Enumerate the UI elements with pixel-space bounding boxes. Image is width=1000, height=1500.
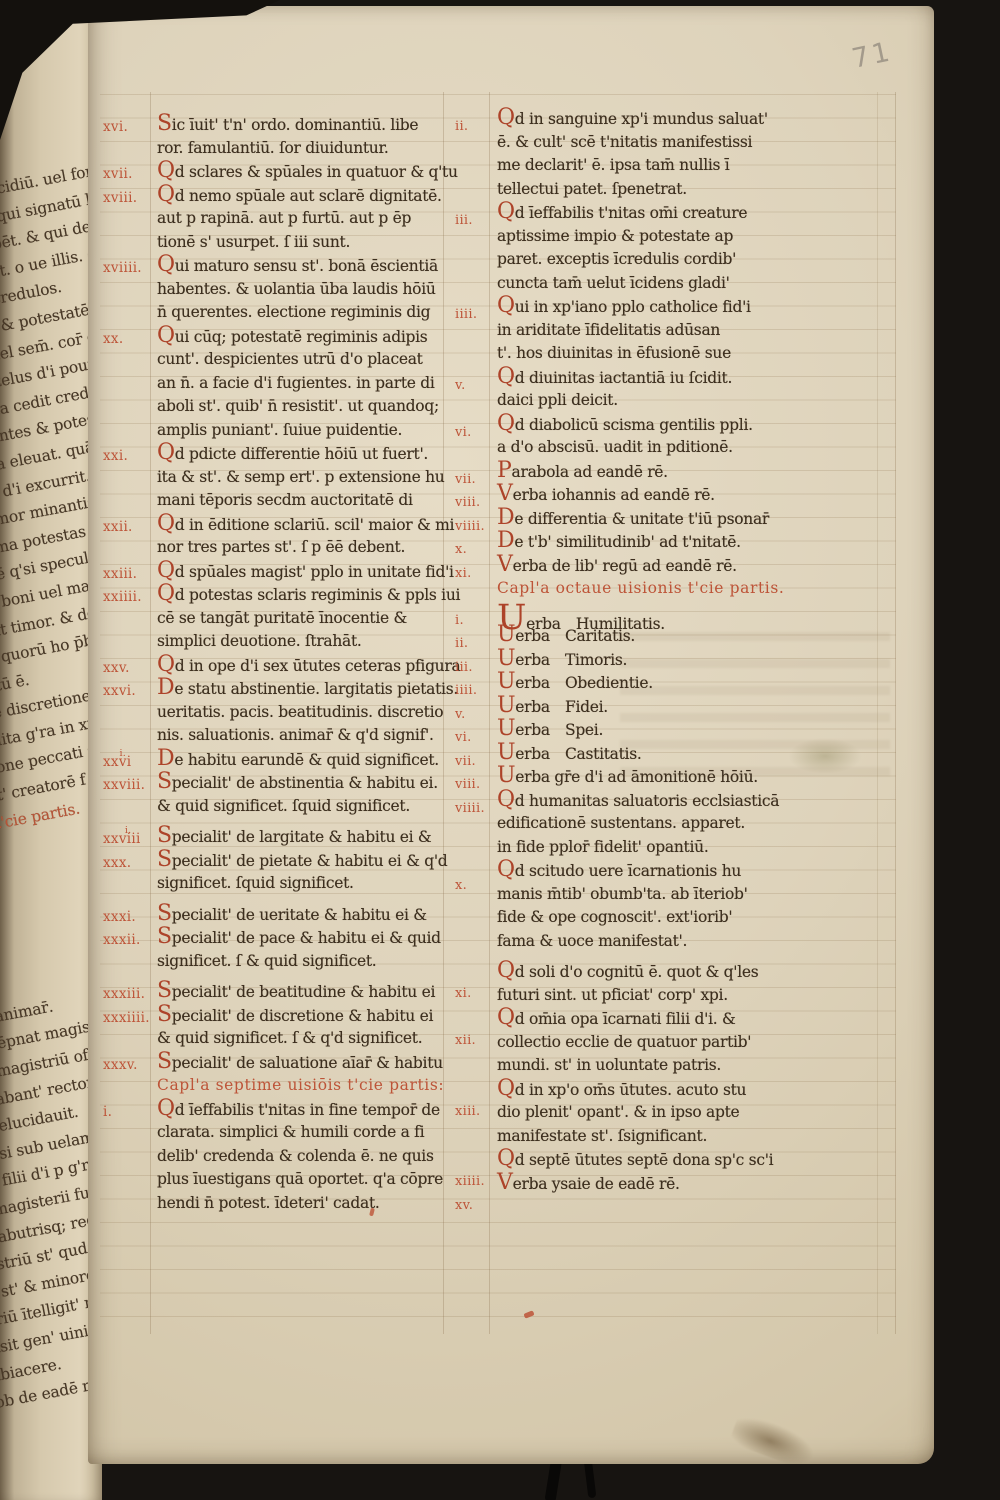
- text-line: in ariditate īfidelitatis adūsan: [497, 319, 827, 343]
- text-line: Qd pdicte differentie hōiū ut fuert'.: [157, 442, 445, 466]
- text-line: delib' credenda & colenda ē. ne quis: [157, 1145, 445, 1169]
- capitulum-entry: Qd īeffabilis t'nitas om̄i creatureaptis…: [497, 201, 827, 295]
- chapter-numeral: xx.: [103, 328, 123, 352]
- text-line: cunt'. despicientes utrū d'o placeat: [157, 348, 445, 372]
- text-line: mundi. st' in uoluntate patris.: [497, 1054, 827, 1078]
- initial-letter: U: [497, 763, 515, 788]
- chapter-numeral: xxiiii.: [103, 586, 142, 610]
- right-column: Qd in sanguine xp'i mundus saluat'ē. & c…: [497, 107, 827, 1195]
- text-line: & quid significet. ſquid significet.viii…: [157, 795, 445, 819]
- text-line: Qd om̄ia opa īcarnati filii d'i. &: [497, 1007, 827, 1031]
- text-line: futuri sint. ut pficiat' corp' xpi.: [497, 984, 827, 1008]
- chapter-numeral: xxi.: [103, 445, 128, 469]
- capitulum-entry: xxxi.Specialit' de ueritate & habitu ei …: [157, 903, 445, 927]
- text-line: manis m̄tib' obumb'ta. ab īteriob': [497, 883, 827, 907]
- text-line: tellectui patet. ſpenetrat.: [497, 178, 827, 202]
- initial-letter: D: [497, 528, 514, 553]
- initial-letter: Q: [497, 411, 515, 436]
- capitulum-entry: Uerba Castitatis.: [497, 742, 827, 766]
- capitulum-entry: De differentia & unitate t'iū psonar̄: [497, 507, 827, 531]
- text-line: nis. saluationis. animar̄ & q'd signif'.…: [157, 724, 445, 748]
- text-line: dio plenit' opant'. & in ipso apte: [497, 1101, 827, 1125]
- text-line: simplici deuotione. ſtrahāt.ii.: [157, 630, 445, 654]
- margin-reference-numeral: ii.: [455, 632, 468, 656]
- text-line: Qd in sanguine xp'i mundus saluat': [497, 107, 827, 131]
- text-line: De t'b' similitudinib' ad t'nitatē.: [497, 530, 827, 554]
- initial-letter: Q: [157, 182, 175, 207]
- text-line: mani tēporis secdm auctoritatē diviii.: [157, 489, 445, 513]
- margin-reference-numeral: vi.: [455, 421, 472, 445]
- text-line: Qd nemo spūale aut sclarē dignitatē.: [157, 184, 445, 208]
- capitulum-entry: xxii.Qd in ēditione sclariū. scil' maior…: [157, 513, 445, 560]
- capitulum-entry: Qd diuinitas iactantiā iu ſcidit.daici p…: [497, 366, 827, 413]
- capitulum-entry: Uerba Humilitatis.: [497, 601, 827, 625]
- left-column: xvi.Sic īuit' t'n' ordo. dominantiū. lib…: [157, 113, 445, 1215]
- capitulum-entry: xxiii.Qd spūales magist' pplo in unitate…: [157, 560, 445, 584]
- text-line: Qd īeffabilis t'nitas om̄i creature: [497, 201, 827, 225]
- initial-letter: Q: [157, 252, 175, 277]
- capitulum-entry: Uerba Timoris.: [497, 648, 827, 672]
- text-line: Qd diuinitas iactantiā iu ſcidit.: [497, 366, 827, 390]
- initial-letter: U: [497, 669, 515, 694]
- manuscript-photo: homicidiū. uel formt'. & qui signatū lap…: [0, 0, 1000, 1500]
- capitulum-entry: xxviii.Specialit' de abstinentia & habit…: [157, 771, 445, 818]
- initial-letter: S: [157, 1049, 172, 1074]
- capitulum-entry: Qd septē ūtutes septē dona sp'c sc'i: [497, 1148, 827, 1172]
- capitulum-entry: Uerba Obedientie.: [497, 671, 827, 695]
- text-line: significet. ſ & quid significet.: [157, 950, 445, 974]
- margin-reference-numeral: xv.: [455, 1194, 473, 1218]
- capitulum-entry: Uerba Spei.: [497, 718, 827, 742]
- initial-letter: U: [497, 646, 515, 671]
- chapter-numeral: xxxi.: [103, 906, 136, 930]
- chapter-numeral: xxv.: [103, 657, 130, 681]
- initial-letter: Q: [497, 1146, 515, 1171]
- chapter-numeral: xxxiii.: [103, 983, 145, 1007]
- initial-letter: V: [497, 552, 513, 577]
- initial-letter: Q: [497, 364, 515, 389]
- text-line: Qui maturo sensu st'. bonā ēscientiā: [157, 254, 445, 278]
- margin-reference-numeral: x.: [455, 538, 467, 562]
- text-line: Specialit' de saluatione aīar̄ & habitu: [157, 1051, 445, 1075]
- text-line: edificationē sustentans. apparet.: [497, 812, 827, 836]
- margin-reference-numeral: iiii.: [455, 679, 477, 703]
- chapter-numeral: xxxii.: [103, 929, 141, 953]
- initial-letter: D: [157, 675, 174, 700]
- capitulum-entry: xviii.Qd nemo spūale aut sclarē dignitat…: [157, 184, 445, 255]
- text-line: Uerba Castitatis.: [497, 742, 827, 766]
- margin-reference-numeral: viiii.: [455, 515, 485, 539]
- text-line: Uerba gr̄e d'i ad āmonitionē hōiū.: [497, 765, 827, 789]
- capitulum-entry: xviiii.Qui maturo sensu st'. bonā ēscien…: [157, 254, 445, 325]
- chapter-numeral: xxvii.: [103, 751, 131, 775]
- text-line: Qd humanitas saluatoris ecclsiasticā: [497, 789, 827, 813]
- text-line: fama & uoce manifestat'.: [497, 930, 827, 954]
- text-line: Uerba Timoris.: [497, 648, 827, 672]
- capitulum-entry: xx.Qui cūq; potestatē regiminis adipiscu…: [157, 325, 445, 443]
- text-line: De habitu earundē & quid significet.vii.: [157, 748, 445, 772]
- text-line: fide & ope cognoscit'. ext'iorib': [497, 906, 827, 930]
- capitulum-entry: xxxii.Specialit' de pace & habitu ei & q…: [157, 926, 445, 973]
- initial-letter: S: [157, 924, 172, 949]
- chapter-numeral: xxii.: [103, 516, 133, 540]
- capitulum-entry: Qd in sanguine xp'i mundus saluat'ē. & c…: [497, 107, 827, 201]
- margin-reference-numeral: i.: [455, 609, 464, 633]
- margin-reference-numeral: x.: [455, 874, 467, 898]
- capitulum-entry: xxxv.Specialit' de saluatione aīar̄ & ha…: [157, 1051, 445, 1075]
- text-line: ueritatis. pacis. beatitudinis. discreti…: [157, 701, 445, 725]
- text-line: Qd diabolicū scisma gentilis ppli.: [497, 413, 827, 437]
- capitulum-entry: Parabola ad eandē rē.: [497, 460, 827, 484]
- text-line: Uerba Fidei.: [497, 695, 827, 719]
- initial-letter: V: [497, 481, 513, 506]
- chapter-numeral: xxviii.: [103, 774, 145, 798]
- initial-letter: Q: [157, 158, 175, 183]
- margin-reference-numeral: vii.: [455, 750, 476, 774]
- text-line: Qui in xp'iano pplo catholice fid'i: [497, 295, 827, 319]
- capitulum-entry: xxviiii.Specialit' de largitate & habitu…: [157, 825, 445, 849]
- text-line: Specialit' de pietate & habitu ei & q'd: [157, 849, 445, 873]
- margin-reference-numeral: iiii.: [455, 303, 477, 327]
- text-line: an n̄. a facie d'i fugientes. in parte d…: [157, 372, 445, 396]
- text-line: Qd scitudo uere īcarnationis hu: [497, 859, 827, 883]
- text-line: Qd in ēditione sclariū. scil' maior & mi…: [157, 513, 445, 537]
- capitulum-entry: Verba iohannis ad eandē rē.: [497, 483, 827, 507]
- initial-letter: Q: [497, 787, 515, 812]
- text-line: Uerba Humilitatis.: [497, 601, 827, 625]
- capitulum-entry: xvii.Qd sclares & spūales in quatuor & q…: [157, 160, 445, 184]
- margin-reference-numeral: xiii.: [455, 1100, 480, 1124]
- text-line: paret. exceptis īcredulis cordib': [497, 248, 827, 272]
- text-line: De statu abstinentie. largitatis pietati…: [157, 677, 445, 701]
- capitulum-entry: xxiiii.Qd potestas sclaris regiminis & p…: [157, 583, 445, 654]
- rubric-line: Capl'a octaue uisionis t'cie partis.: [497, 577, 827, 601]
- text-line: Qd in xp'o om̄s ūtutes. acuto stu: [497, 1078, 827, 1102]
- chapter-numeral: xxx.: [103, 852, 131, 876]
- chapter-numeral-superscript: i.: [119, 742, 126, 766]
- margin-reference-numeral: xii.: [455, 1029, 476, 1053]
- initial-letter: S: [157, 978, 172, 1003]
- initial-letter: Q: [497, 199, 515, 224]
- margin-reference-numeral: viii.: [455, 491, 480, 515]
- initial-letter: Q: [497, 857, 515, 882]
- text-line: Qd septē ūtutes septē dona sp'c sc'i: [497, 1148, 827, 1172]
- text-line: aut p rapinā. aut p furtū. aut p ēpiii.: [157, 207, 445, 231]
- initial-letter: Q: [157, 511, 175, 536]
- margin-reference-numeral: viiii.: [455, 797, 485, 821]
- capitulum-entry: Qd diabolicū scisma gentilis ppli.a d'o …: [497, 413, 827, 460]
- initial-letter: Q: [157, 1096, 175, 1121]
- margin-reference-numeral: xiiii.: [455, 1170, 485, 1194]
- text-line: Uerba Caritatis.: [497, 624, 827, 648]
- capitulum-entry: Qd in xp'o om̄s ūtutes. acuto studio ple…: [497, 1078, 827, 1149]
- initial-letter: Q: [157, 558, 175, 583]
- rubric-line: Capl'a septime uisiōis t'cie partis:: [157, 1074, 445, 1098]
- initial-letter: S: [157, 847, 172, 872]
- capitulum-entry: xxi.Qd pdicte differentie hōiū ut fuert'…: [157, 442, 445, 513]
- text-line: tionē s' usurpet. ſ iii sunt.: [157, 231, 445, 255]
- initial-letter: Q: [497, 293, 515, 318]
- initial-letter: U: [497, 740, 515, 765]
- text-line: Verba ysaie de eadē rē.: [497, 1172, 827, 1196]
- margin-reference-numeral: iii.: [455, 656, 473, 680]
- capitulum-entry: xxvi.De statu abstinentie. largitatis pi…: [157, 677, 445, 748]
- initial-letter: S: [157, 901, 172, 926]
- initial-letter: S: [157, 111, 172, 136]
- text-line: Specialit' de pace & habitu ei & quid: [157, 926, 445, 950]
- text-line: Parabola ad eandē rē.: [497, 460, 827, 484]
- text-line: ita & st'. & semp ert'. p extensione huv…: [157, 466, 445, 490]
- margin-reference-numeral: viii.: [455, 773, 480, 797]
- capitulum-entry: Uerba Caritatis.: [497, 624, 827, 648]
- margin-reference-numeral: vi.: [455, 726, 472, 750]
- chapter-numeral: xxiii.: [103, 563, 137, 587]
- chapter-numeral: xxxiiii.: [103, 1007, 150, 1031]
- capitulum-entry: Verba ysaie de eadē rē.: [497, 1172, 827, 1196]
- capitulum-entry: xxx.Specialit' de pietate & habitu ei & …: [157, 849, 445, 896]
- text-line: in fide pplor̄ fidelit' opantiū.: [497, 836, 827, 860]
- initial-letter: U: [497, 693, 515, 718]
- ruling-vertical: [150, 92, 151, 1334]
- margin-reference-numeral: xi.: [455, 982, 472, 1006]
- text-line: ē. & cult' scē t'nitatis manifestissi: [497, 131, 827, 155]
- capitulum-entry: De t'b' similitudinib' ad t'nitatē.: [497, 530, 827, 554]
- capitulum-entry: xxv.Qd in ope d'i sex ūtutes ceteras pfi…: [157, 654, 445, 678]
- margin-reference-numeral: xi.: [455, 562, 472, 586]
- text-line: collectio ecclie de quatuor partib': [497, 1031, 827, 1055]
- capitulum-entry: xvi.Sic īuit' t'n' ordo. dominantiū. lib…: [157, 113, 445, 160]
- text-line: ror. famulantiū. ſor diuiduntur.: [157, 137, 445, 161]
- capitulum-entry: Verba de lib' regū ad eandē rē.: [497, 554, 827, 578]
- initial-letter: Q: [497, 958, 515, 983]
- text-line: Qui cūq; potestatē regiminis adipis: [157, 325, 445, 349]
- margin-reference-numeral: iii.: [455, 209, 473, 233]
- text-line: nor tres partes st'. ſ p ēē debent.x.: [157, 536, 445, 560]
- text-line: hendi n̄ potest. īdeteri' cadat.xv.: [157, 1192, 445, 1216]
- margin-reference-numeral: v.: [455, 374, 466, 398]
- initial-letter: U: [497, 716, 515, 741]
- margin-reference-numeral: vii.: [455, 468, 476, 492]
- margin-reference-numeral: v.: [455, 703, 466, 727]
- text-line: Uerba Obedientie.: [497, 671, 827, 695]
- text-line: aboli st'. quib' n̄ resistit'. ut quando…: [157, 395, 445, 419]
- chapter-numeral: xxxv.: [103, 1054, 138, 1078]
- capitulum-entry: Uerba gr̄e d'i ad āmonitionē hōiū.: [497, 765, 827, 789]
- text-line: habentes. & uolantia ūba laudis hōiū: [157, 278, 445, 302]
- capitulum-entry: Qd scitudo uere īcarnationis humanis m̄t…: [497, 859, 827, 953]
- chapter-numeral: xviii.: [103, 187, 137, 211]
- text-line: Specialit' de abstinentia & habitu ei.vi…: [157, 771, 445, 795]
- text-line: Qd soli d'o cognitū ē. quot & q'les: [497, 960, 827, 984]
- text-line: Verba iohannis ad eandē rē.: [497, 483, 827, 507]
- text-line: Sic īuit' t'n' ordo. dominantiū. libeii.: [157, 113, 445, 137]
- initial-letter: Q: [497, 105, 515, 130]
- text-line: Qd spūales magist' pplo in unitate fid'i…: [157, 560, 445, 584]
- text-line: daici ppli deicit.: [497, 389, 827, 413]
- capitulum-entry: Qd om̄ia opa īcarnati filii d'i. &collec…: [497, 1007, 827, 1078]
- chapter-numeral: xvii.: [103, 163, 133, 187]
- chapter-numeral: xxviiii.: [103, 828, 141, 852]
- chapter-numeral-superscript: i.: [125, 819, 132, 843]
- capitulum-entry: xxvii.De habitu earundē & quid significe…: [157, 748, 445, 772]
- text-line: cuncta tam̄ uelut īcidens gladi': [497, 272, 827, 296]
- chapter-numeral: xvi.: [103, 116, 128, 140]
- text-line: n̄ querentes. electione regiminis digiii…: [157, 301, 445, 325]
- initial-letter: Q: [157, 323, 175, 348]
- capitulum-entry: xxxiii.Specialit' de beatitudine & habit…: [157, 980, 445, 1004]
- initial-letter: U: [497, 622, 515, 647]
- initial-letter: V: [497, 1170, 513, 1195]
- text-line: manifestate st'. ſsignificant.: [497, 1125, 827, 1149]
- capitulum-entry: Qd humanitas saluatoris ecclsiasticāedif…: [497, 789, 827, 860]
- text-line: t'. hos diuinitas in ēfusionē sue: [497, 342, 827, 366]
- previous-page-edge: homicidiū. uel formt'. & qui signatū lap…: [0, 0, 102, 1500]
- text-line: plus īuestigans quā oportet. q'a cōprexi…: [157, 1168, 445, 1192]
- text-line: Qd īeffabilis t'nitas in fine tempor̄ de…: [157, 1098, 445, 1122]
- capitulum-entry: Qd soli d'o cognitū ē. quot & q'lesfutur…: [497, 960, 827, 1007]
- text-line: Qd sclares & spūales in quatuor & q'tu: [157, 160, 445, 184]
- text-line: significet. ſquid significet.x.: [157, 872, 445, 896]
- text-line: amplis puniant'. ſuiue puidentie.vi.: [157, 419, 445, 443]
- initial-letter: S: [157, 1002, 172, 1027]
- text-line: cē se tangāt puritatē īnocentie &i.: [157, 607, 445, 631]
- text-line: Specialit' de ueritate & habitu ei &: [157, 903, 445, 927]
- ruling-vertical: [895, 92, 896, 1334]
- text-line: Verba de lib' regū ad eandē rē.: [497, 554, 827, 578]
- text-line: Specialit' de beatitudine & habitu eixi.: [157, 980, 445, 1004]
- text-line: Qd potestas sclaris regiminis & ppls iui: [157, 583, 445, 607]
- initial-letter: Q: [497, 1005, 515, 1030]
- initial-letter: Q: [497, 1076, 515, 1101]
- chapter-numeral: xviiii.: [103, 257, 142, 281]
- initial-letter: Q: [157, 440, 175, 465]
- capitulum-entry: Qui in xp'iano pplo catholice fid'iin ar…: [497, 295, 827, 366]
- text-line: Specialit' de discretione & habitu ei: [157, 1004, 445, 1028]
- capitulum-entry: i.Qd īeffabilis t'nitas in fine tempor̄ …: [157, 1098, 445, 1216]
- text-line: Specialit' de largitate & habitu ei &: [157, 825, 445, 849]
- text-line: Uerba Spei.: [497, 718, 827, 742]
- capitulum-entry: Uerba Fidei.: [497, 695, 827, 719]
- initial-letter: S: [157, 823, 172, 848]
- margin-reference-numeral: ii.: [455, 115, 468, 139]
- chapter-numeral: xxvi.: [103, 680, 136, 704]
- text-line: aptissime impio & potestate ap: [497, 225, 827, 249]
- initial-letter: D: [157, 746, 174, 771]
- capitulum-entry: xxxiiii.Specialit' de discretione & habi…: [157, 1004, 445, 1051]
- gutter-text-column: homicidiū. uel formt'. & qui signatū lap…: [0, 168, 102, 1410]
- text-line: me declarit' ē. ipsa tam̄ nullis ī: [497, 154, 827, 178]
- chapter-numeral: i.: [103, 1101, 112, 1125]
- text-line: Qd in ope d'i sex ūtutes ceteras pfigura…: [157, 654, 445, 678]
- initial-letter: Q: [157, 581, 175, 606]
- ruling-vertical: [489, 92, 490, 1334]
- initial-letter: D: [497, 505, 514, 530]
- initial-letter: P: [497, 458, 512, 483]
- text-line: & quid significet. ſ & q'd significet.xi…: [157, 1027, 445, 1051]
- text-line: clarata. simplici & humili corde a fi: [157, 1121, 445, 1145]
- text-line: a d'o abscisū. uadit in pditionē.: [497, 436, 827, 460]
- initial-letter: Q: [157, 652, 175, 677]
- text-line: De differentia & unitate t'iū psonar̄: [497, 507, 827, 531]
- initial-letter: S: [157, 769, 172, 794]
